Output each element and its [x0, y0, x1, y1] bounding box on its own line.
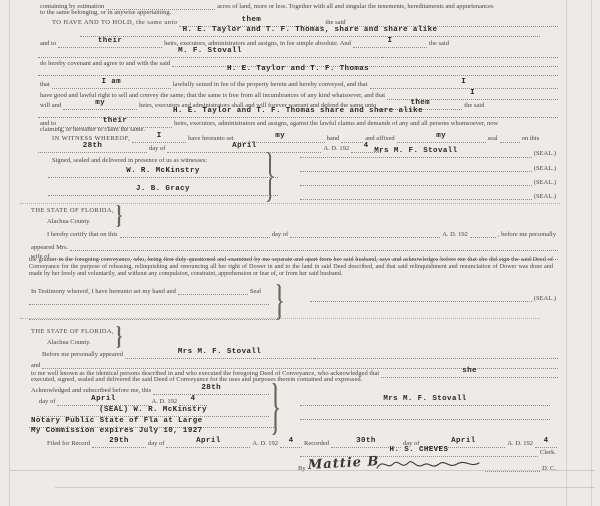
form-text: heirs, executors, administrators and ass… [172, 120, 500, 127]
typed-i: I [353, 38, 427, 48]
form-text: that [38, 81, 52, 88]
witness-1-line: W. R. McKinstry [48, 168, 278, 178]
typed-grantor-name: M. F. Stovall [38, 48, 382, 58]
form-text: appeared Mrs. [29, 244, 70, 251]
scan-fold-line-right [566, 0, 567, 506]
form-text: Before me personally appeared [40, 351, 125, 358]
seal-label: (SEAL.) [532, 179, 558, 186]
curly-brace-icon [116, 326, 122, 348]
section-divider-1 [20, 203, 560, 205]
typed-she: she [381, 368, 558, 378]
dower-certify-line: I hereby certify that on this day of A. … [45, 229, 558, 238]
dower-seal-row: (SEAL.) [310, 293, 558, 302]
typed-year-4-2: 4 [179, 396, 207, 406]
form-text: THE STATE OF FLORIDA, [29, 207, 116, 214]
dower-appeared-line: appeared Mrs. [29, 242, 558, 251]
notary-subscribed-line: Acknowledged and subscribed before me, t… [29, 385, 269, 395]
typed-witness-2: J. B. Gracy [48, 186, 278, 196]
typed-i-4: I [132, 133, 186, 143]
seal-row-3: (SEAL.) [300, 177, 558, 186]
year-blank [470, 229, 496, 238]
typed-grantor-name-2: Mrs M. F. Stovall [125, 349, 314, 359]
notary-grantor-signature-row: Mrs M. F. Stovall [300, 396, 550, 406]
scanned-deed-page: containing by estimation acres of land, … [0, 0, 600, 506]
deed-line-grantees: H. E. Taylor and T. F. Thomas, share and… [80, 27, 540, 37]
deed-line-incumbrances: have good and lawful right to sell and c… [38, 90, 558, 100]
deed-line-grantor-name: M. F. Stovall [38, 48, 558, 58]
blank-rule [29, 311, 279, 320]
dower-state-heading: THE STATE OF FLORIDA, [29, 207, 116, 214]
deputy-clerk-label: D. C. [540, 465, 558, 472]
witness-heading: Signed, sealed and delivered in presence… [50, 157, 209, 164]
seal-row-2: (SEAL.) [300, 163, 558, 172]
form-text: day of [146, 440, 166, 447]
typed-notary-signature: (SEAL) W. R. McKinstry [37, 407, 269, 417]
day-blank [120, 229, 270, 238]
notary-seal-signature-line: (SEAL) W. R. McKinstry [37, 407, 269, 417]
form-text: have good and lawful right to sell and c… [38, 92, 387, 99]
form-text: day of [270, 231, 290, 238]
form-text: Signed, sealed and delivered in presence… [50, 157, 209, 164]
blank-rule [485, 463, 540, 472]
typed-grantee-names-2: H. E. Taylor and T. F. Thomas [38, 66, 558, 76]
deed-line-seized: that I am lawfully seized in fee of the … [38, 79, 558, 89]
seal-label: (SEAL.) [532, 165, 558, 172]
form-text: hand [325, 135, 342, 142]
form-text: seal [486, 135, 500, 142]
deputy-signature-block: Mattie B [308, 456, 486, 472]
form-text: Acknowledged and subscribed before me, t… [29, 387, 153, 394]
typed-filed-year: 4 [280, 438, 302, 448]
seal-label: (SEAL.) [532, 193, 558, 200]
typed-filed-month: April [166, 438, 250, 448]
name-blank [70, 242, 558, 251]
deed-line-witness-whereof: IN WITNESS WHEREOF, I have hereunto set … [50, 133, 558, 143]
notary-extra-blank-row [300, 411, 550, 420]
form-text: to the same belonging, or in anywise app… [38, 9, 173, 16]
form-text: Alachua County. [45, 218, 93, 225]
notary-date-line: day of April A. D. 192 4 [37, 396, 269, 406]
typed-grantor-signature-2: Mrs M. F. Stovall [300, 396, 550, 406]
scan-fold-line-left [9, 0, 10, 506]
blank-rule [500, 134, 520, 143]
deed-line-heirs: and to their heirs, executors, administr… [38, 38, 558, 48]
form-text: TO HAVE AND TO HOLD, the same unto [50, 19, 179, 26]
form-text: the said [427, 40, 451, 47]
form-text: executed, signed, sealed and delivered t… [29, 376, 364, 383]
blank-rule [300, 163, 532, 172]
dower-heading-brace [116, 205, 122, 227]
blank-rule [300, 177, 532, 186]
typed-i-2: I [370, 79, 559, 89]
blank-rule [341, 134, 363, 143]
notary-commission-line: My Commission expires July 10, 1927 [29, 428, 205, 437]
dower-testimony-line: In Testimony whereof, I have hereunto se… [29, 286, 263, 295]
blank-rule [382, 49, 558, 58]
notary-appeared-line: Before me personally appeared Mrs M. F. … [40, 349, 558, 359]
by-label: By [296, 465, 308, 472]
notary-heading-brace [116, 326, 122, 348]
seal-label: (SEAL.) [532, 150, 558, 157]
typed-grantor-signature: Mrs M. F. Stovall [300, 148, 532, 158]
handwritten-deputy-signature: Mattie B [307, 455, 379, 474]
scan-edge-line-right [591, 0, 592, 506]
blank-rule [300, 411, 550, 420]
typed-day-28th-2: 28th [153, 385, 269, 395]
form-text: Filed for Record [45, 440, 92, 447]
month-blank [290, 229, 440, 238]
typed-month-april-2: April [57, 396, 149, 406]
form-text: A. D. 192 [149, 398, 179, 405]
notary-county-heading: Alachua County. [45, 339, 93, 346]
blank-rule [29, 296, 269, 305]
form-text: have hereunto set [186, 135, 235, 142]
dower-county-heading: Alachua County. [45, 218, 93, 225]
form-text: Seal [248, 288, 263, 295]
typed-month-april: April [167, 143, 321, 153]
typed-filed-day: 29th [92, 438, 146, 448]
deed-line-appertaining: to the same belonging, or in anywise app… [38, 9, 173, 16]
typed-grantee-names: H. E. Taylor and T. F. Thomas, share and… [80, 27, 540, 37]
curly-brace-icon [116, 205, 122, 227]
form-text: A. D. 192 [250, 440, 280, 447]
form-text: day of [147, 145, 167, 152]
deed-line-grantees-2: H. E. Taylor and T. F. Thomas [38, 66, 558, 76]
dower-paragraph: the grantor in the foregoing conveyance,… [29, 257, 553, 278]
blank-rule [310, 293, 532, 302]
typed-witness-1: W. R. McKinstry [48, 168, 278, 178]
notary-executed-line: executed, signed, sealed and delivered t… [29, 376, 364, 383]
typed-commission-expiry: My Commission expires July 10, 1927 [29, 428, 205, 437]
deputy-clerk-row: By Mattie B D. C. [296, 456, 558, 472]
notary-state-heading: THE STATE OF FLORIDA, [29, 328, 116, 335]
witness-2-line: J. B. Gracy [48, 186, 278, 196]
seal-label: (SEAL.) [532, 295, 558, 302]
form-text: on this [520, 135, 542, 142]
typed-their: their [58, 38, 162, 48]
form-text: , before me personally [496, 231, 558, 238]
form-text: acres of land, more or less. Together wi… [215, 3, 495, 10]
form-text: THE STATE OF FLORIDA, [29, 328, 116, 335]
form-text: A. D. 192 [440, 231, 470, 238]
form-text: I hereby certify that on this [45, 231, 120, 238]
blank-rule [300, 191, 532, 200]
form-text: day of [37, 398, 57, 405]
seal-row-1: Mrs M. F. Stovall (SEAL.) [300, 148, 558, 158]
blank-rule [314, 350, 558, 359]
typed-i-am: I am [52, 79, 171, 89]
form-text: Alachua County. [45, 339, 93, 346]
signature-flourish-icon [375, 456, 485, 472]
form-text: lawfully seized in fee of the property h… [171, 81, 370, 88]
bottom-rule-line [55, 487, 595, 488]
dower-notary-blank-2 [29, 311, 279, 320]
typed-my-3: my [397, 133, 486, 143]
form-text: In Testimony whereof, I have hereunto se… [29, 288, 178, 295]
form-text: and to [38, 40, 58, 47]
dower-notary-blank-1 [29, 296, 269, 305]
seal-row-4: (SEAL.) [300, 191, 558, 200]
typed-day-28th: 28th [38, 143, 147, 153]
blank-rule [178, 286, 248, 295]
